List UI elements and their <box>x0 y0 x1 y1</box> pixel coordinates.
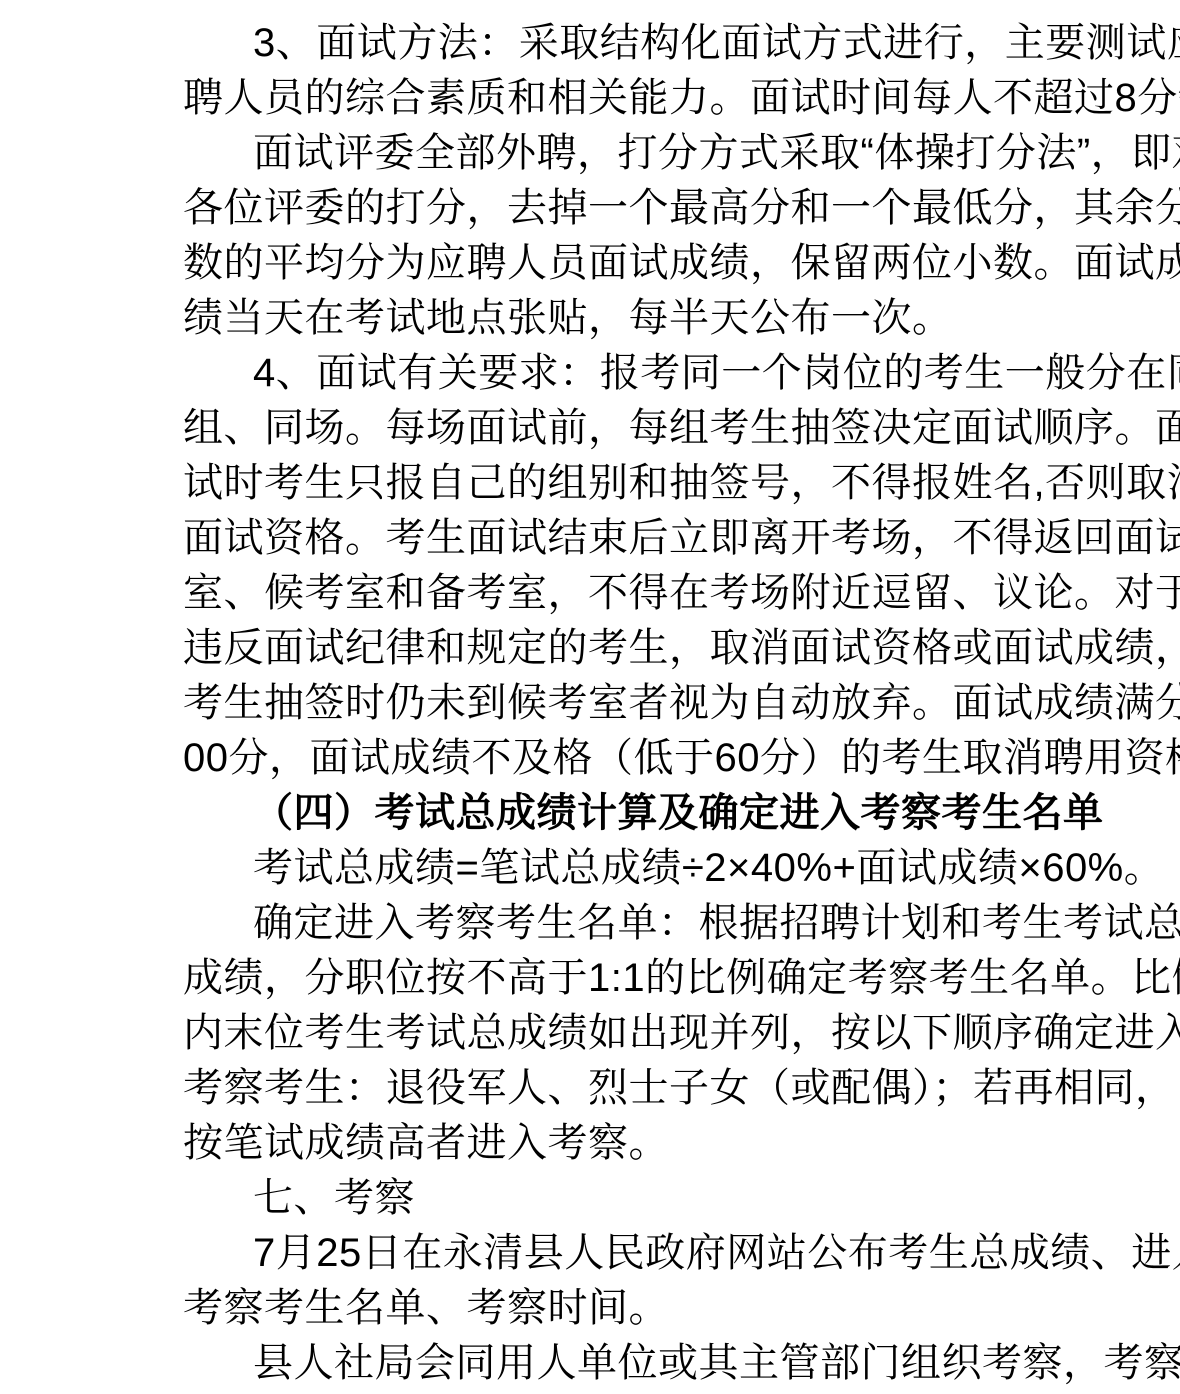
text-line: 考察考生名单、考察时间。 <box>183 1281 1060 1336</box>
text-line: 考试总成绩=笔试总成绩÷2×40%+面试成绩×60%。 <box>183 841 1060 896</box>
text-line: 成绩，分职位按不高于1:1的比例确定考察考生名单。比例 <box>183 951 1060 1006</box>
text-line: 室、候考室和备考室，不得在考场附近逗留、议论。对于 <box>183 566 1060 621</box>
text-line: 各位评委的打分，去掉一个最高分和一个最低分，其余分 <box>183 181 1060 236</box>
text-line: 确定进入考察考生名单：根据招聘计划和考生考试总 <box>183 896 1060 951</box>
document-page: 3、面试方法：采取结构化面试方式进行，主要测试应聘人员的综合素质和相关能力。面试… <box>0 0 1180 1391</box>
text-line: 面试资格。考生面试结束后立即离开考场，不得返回面试 <box>183 511 1060 566</box>
text-line: 组、同场。每场面试前，每组考生抽签决定面试顺序。面 <box>183 401 1060 456</box>
text-line: 数的平均分为应聘人员面试成绩，保留两位小数。面试成 <box>183 236 1060 291</box>
text-line: 试时考生只报自己的组别和抽签号，不得报姓名,否则取消 <box>183 456 1060 511</box>
text-line: 聘人员的综合素质和相关能力。面试时间每人不超过8分钟。 <box>183 71 1060 126</box>
text-line: 县人社局会同用人单位或其主管部门组织考察，考察 <box>183 1336 1060 1391</box>
section-heading: （四）考试总成绩计算及确定进入考察考生名单 <box>183 786 1060 841</box>
text-line: 考察考生：退役军人、烈士子女（或配偶）；若再相同， <box>183 1061 1060 1116</box>
text-line: 绩当天在考试地点张贴，每半天公布一次。 <box>183 291 1060 346</box>
text-line: 考生抽签时仍未到候考室者视为自动放弃。面试成绩满分1 <box>183 676 1060 731</box>
text-line: 00分，面试成绩不及格（低于60分）的考生取消聘用资格。 <box>183 731 1060 786</box>
text-line: 违反面试纪律和规定的考生，取消面试资格或面试成绩， <box>183 621 1060 676</box>
text-line: 按笔试成绩高者进入考察。 <box>183 1116 1060 1171</box>
text-line: 3、面试方法：采取结构化面试方式进行，主要测试应 <box>183 16 1060 71</box>
text-line: 7月25日在永清县人民政府网站公布考生总成绩、进入 <box>183 1226 1060 1281</box>
text-line: 面试评委全部外聘，打分方式采取“体操打分法”，即对 <box>183 126 1060 181</box>
text-line: 七、考察 <box>183 1171 1060 1226</box>
text-line: 内末位考生考试总成绩如出现并列，按以下顺序确定进入 <box>183 1006 1060 1061</box>
text-line: 4、面试有关要求：报考同一个岗位的考生一般分在同 <box>183 346 1060 401</box>
